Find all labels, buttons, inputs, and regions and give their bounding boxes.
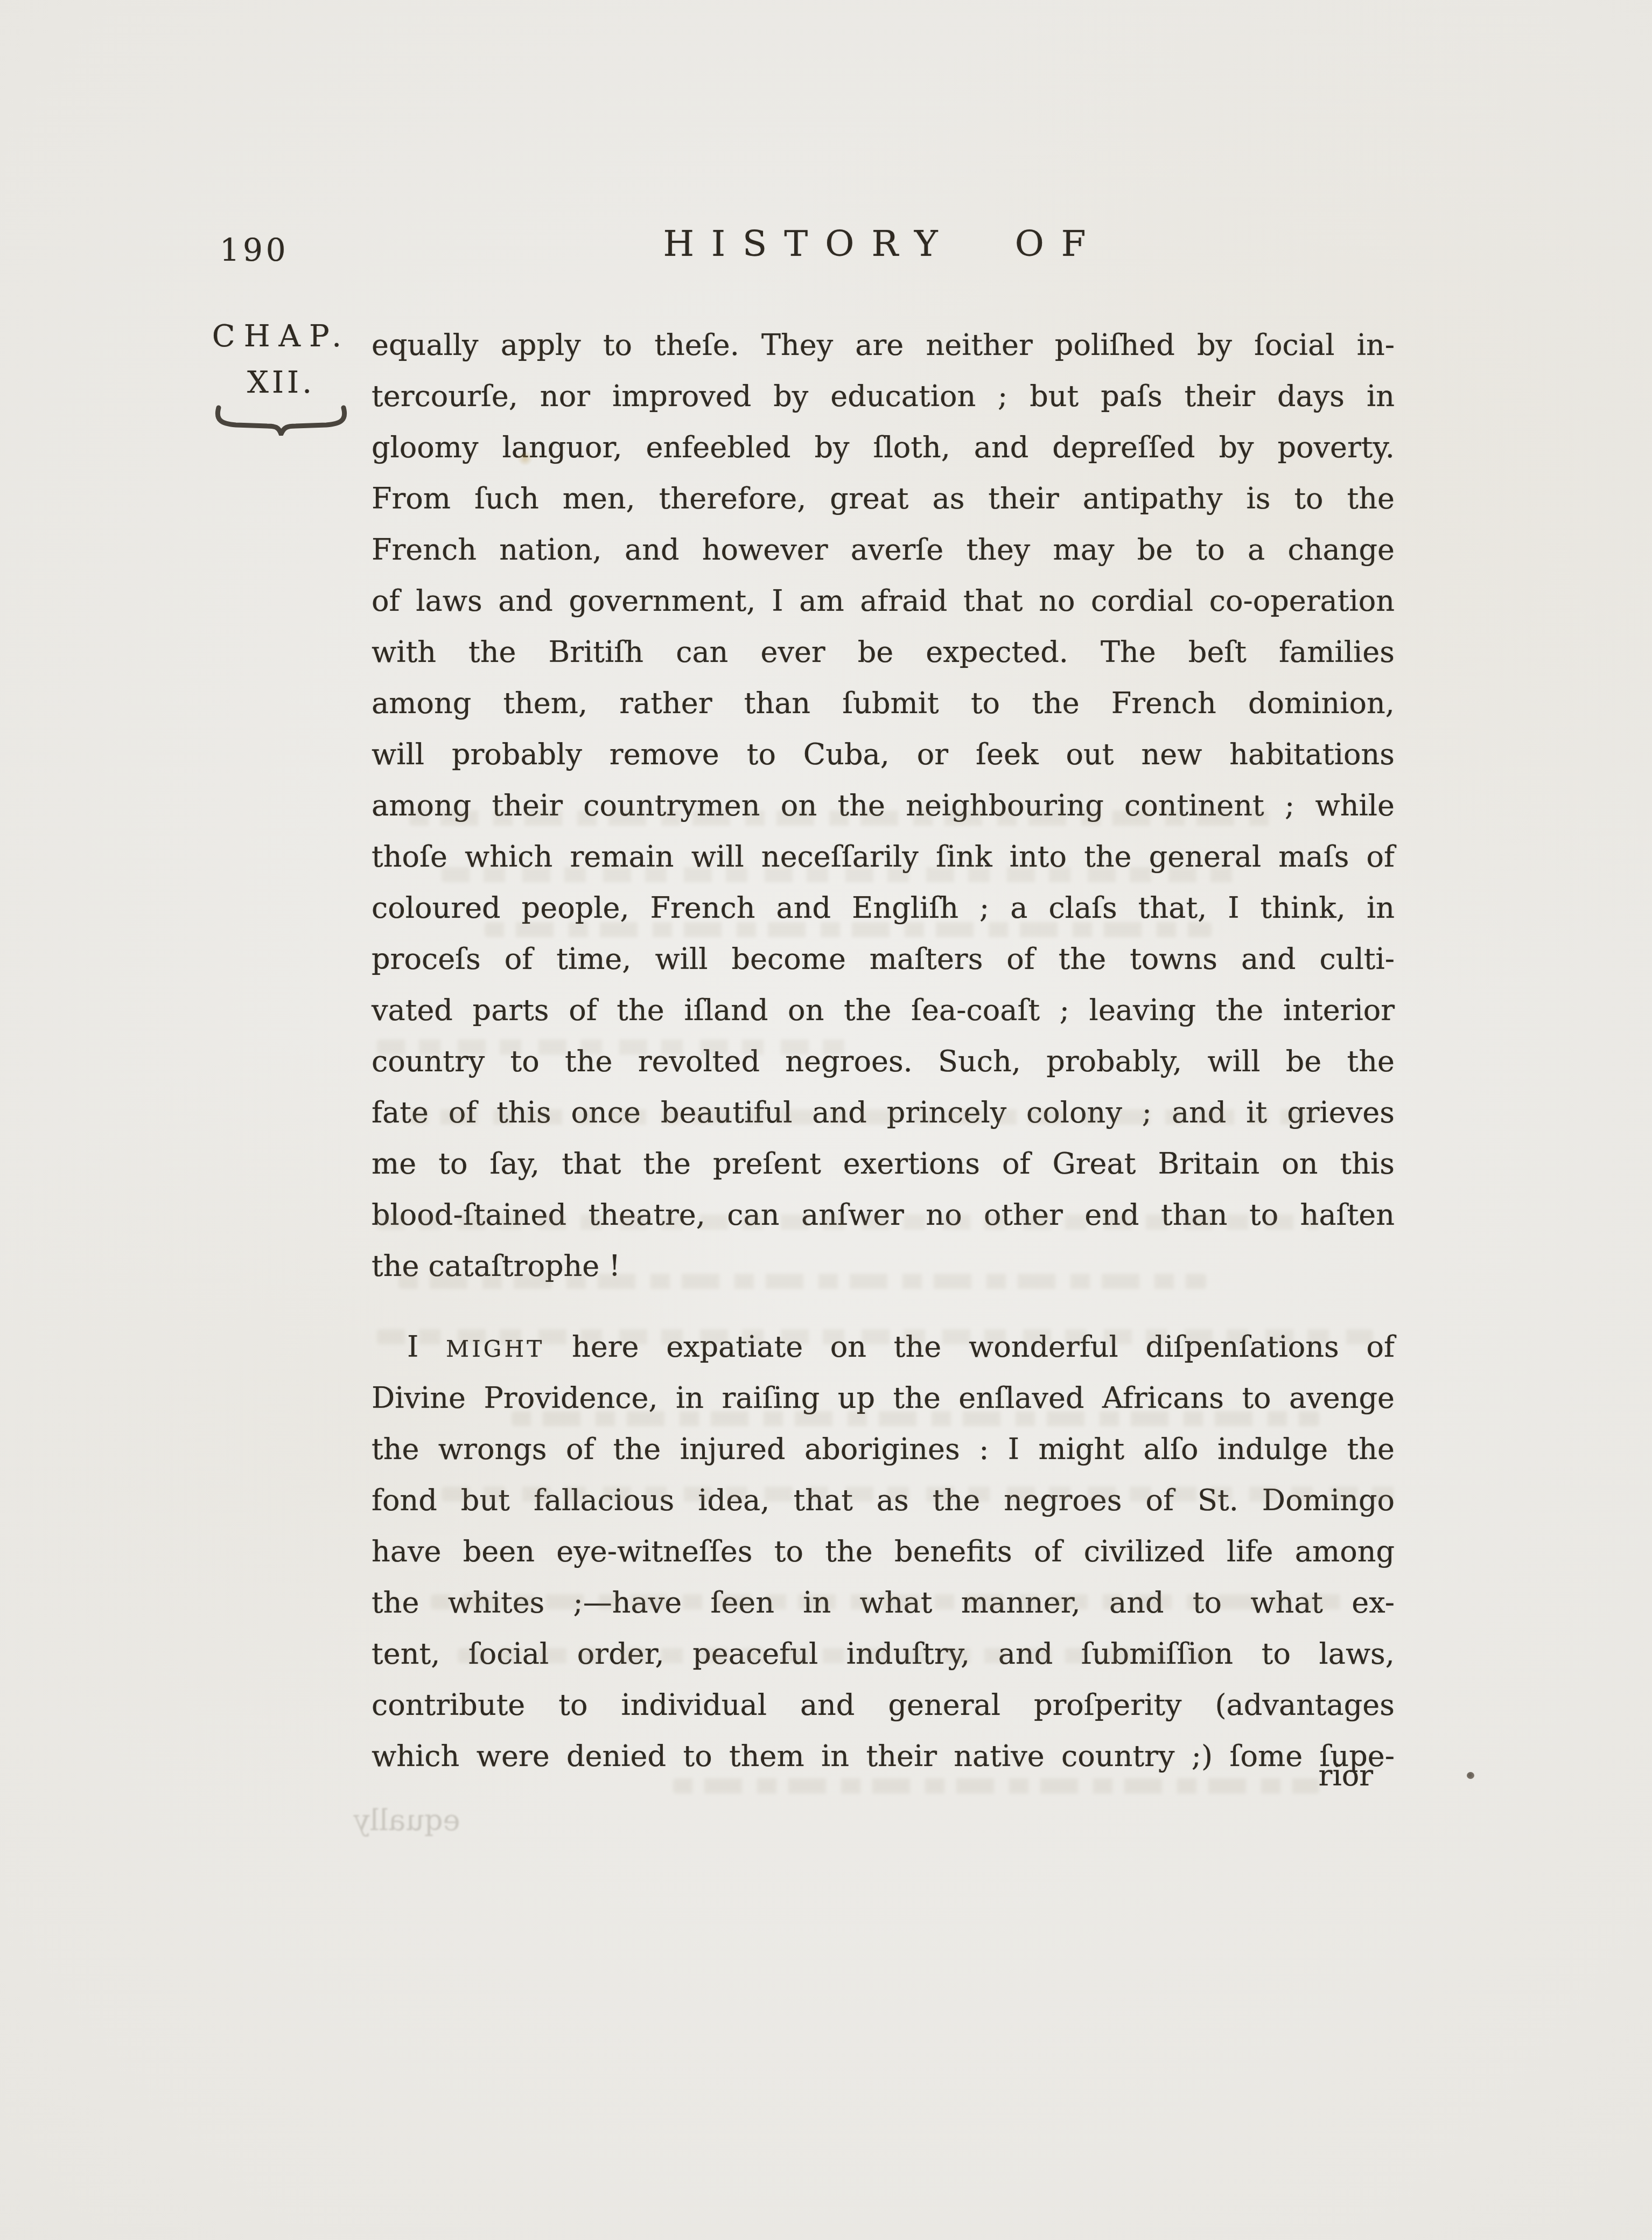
text-line: the whites ;—have ſeen in what manner, a… (372, 1577, 1395, 1628)
catchword-row: rior (372, 1758, 1373, 1792)
text-line: among their countrymen on the neighbouri… (372, 780, 1395, 831)
text-line: the wrongs of the injured aborigines : I… (372, 1423, 1395, 1475)
text-line: vated parts of the iſland on the ſea-coa… (372, 985, 1395, 1036)
text-line: the cataſtrophe ! (372, 1240, 1395, 1292)
running-head: HISTORY OF (372, 223, 1395, 264)
text-line: Divine Providence, in raiſing up the enſ… (372, 1372, 1395, 1423)
chapter-brace-ornament (212, 404, 350, 436)
text-line: among them, rather than ſubmit to the Fr… (372, 678, 1395, 729)
text-line: will probably remove to Cuba, or ſeek ou… (372, 729, 1395, 780)
small-caps-word: MIGHT (446, 1336, 544, 1362)
first-word: I (407, 1330, 446, 1364)
chapter-numeral: XII. (209, 366, 353, 400)
text-line: I MIGHT here expatiate on the wonderful … (372, 1321, 1395, 1372)
text-line: tent, ſocial order, peaceful induſtry, a… (372, 1628, 1395, 1679)
text-line: From ſuch men, therefore, great as their… (372, 473, 1395, 524)
text-line: with the Britiſh can ever be expected. T… (372, 626, 1395, 678)
text-line: contribute to individual and general pro… (372, 1679, 1395, 1730)
text-line: have been eye-witneſſes to the benefits … (372, 1526, 1395, 1577)
chapter-label: CHAP. (209, 320, 353, 353)
text-line: of laws and government, I am afraid that… (372, 575, 1395, 626)
paragraph-2-lines: Divine Providence, in raiſing up the enſ… (372, 1372, 1395, 1782)
text-line: proceſs of time, will become maſters of … (372, 933, 1395, 985)
bleed-through-text: equally (353, 1803, 460, 1837)
text-line: tercourſe, nor improved by education ; b… (372, 371, 1395, 422)
paragraph-2: I MIGHT here expatiate on the wonderful … (372, 1321, 1395, 1782)
text-line: fond but fallacious idea, that as the ne… (372, 1475, 1395, 1526)
text-line: fate of this once beautiful and princely… (372, 1087, 1395, 1138)
book-page-scan: 190 HISTORY OF CHAP. XII. equally apply … (0, 0, 1652, 2240)
paper-stain (517, 451, 533, 465)
ink-speck (1467, 1772, 1474, 1779)
text-line: blood-ſtained theatre, can anſwer no oth… (372, 1189, 1395, 1240)
text-line: country to the revolted negroes. Such, p… (372, 1036, 1395, 1087)
page-number: 190 (220, 232, 289, 268)
catchword: rior (1319, 1758, 1373, 1792)
text-line: me to ſay, that the preſent exertions of… (372, 1138, 1395, 1189)
text-line: French nation, and however averſe they m… (372, 524, 1395, 575)
chapter-sidenote: CHAP. XII. (209, 320, 353, 438)
text-line: equally apply to theſe. They are neither… (372, 319, 1395, 371)
text-line: thoſe which remain will neceſſarily ſink… (372, 831, 1395, 882)
text-line: coloured people, French and Engliſh ; a … (372, 882, 1395, 933)
line-remainder: here expatiate on the wonderful diſpenſa… (544, 1330, 1395, 1364)
